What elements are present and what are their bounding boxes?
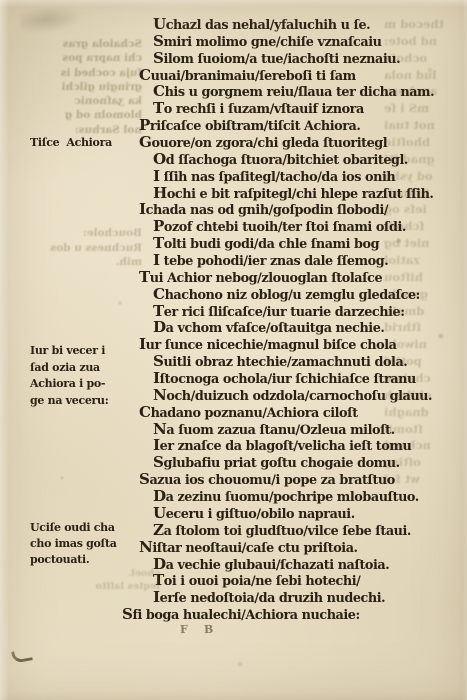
verse-line: Da vchom vfaſce/oſtauitga nechie.: [138, 319, 464, 336]
verse-line: Da vechie glubaui/ſchazati naſtoia.: [138, 556, 464, 573]
verse-text-block: Uchazl das nehal/yfaluchih u ſe.Smiri mo…: [138, 16, 464, 623]
verse-line: Ier znaſce da blagoſt/velicha ieſt tomu: [138, 437, 464, 454]
verse-line: Uchazl das nehal/yfaluchih u ſe.: [138, 16, 464, 33]
bleedthrough-line: chi napra pos: [46, 51, 142, 65]
margin-note-line: ge na veceru:: [30, 393, 142, 410]
verse-line: To rechſi i ſuzam/vſtauif iznora: [138, 100, 464, 117]
pencil-smudge: [19, 2, 86, 37]
verse-line: Ueceru i giſtuo/obilo napraui.: [138, 505, 464, 522]
verse-line: Ierſe nedoſtoia/da druzih nudechi.: [138, 589, 464, 606]
verse-line: Tui Achior nebog/zlouoglan ſtolaſce: [138, 269, 464, 286]
verse-line: Silom ſuoiom/a tue/iachoſti neznaiu.: [138, 50, 464, 67]
verse-line: Hochi e bit raſpitegl/chi hlepe razſut ſ…: [138, 185, 464, 202]
pen-mark: [11, 648, 33, 663]
signature-mark: F: [180, 623, 188, 636]
verse-line: Priſcaſce obiſtram/tiſcit Achiora.: [138, 117, 464, 134]
bleedthrough-line: ſuja coched is: [46, 66, 142, 80]
verse-line: Ter rici ſliſcaſce/iur tuarie darzechie:: [138, 303, 464, 320]
verse-line: Cuuai/branimaiu/ſereboſi ti ſam: [138, 67, 464, 84]
verse-line: Toi i ouoi poia/ne ſebi hotechi/: [138, 572, 464, 589]
verse-line: Iſtocnoga ochola/iur ſchichiaſce ſtranu: [138, 370, 464, 387]
verse-line: Od ſſachoga ſtuora/bitchiet obaritegl.: [138, 151, 464, 168]
verse-line: Sazua ios chouomu/i pope za bratſtuo: [138, 471, 464, 488]
verse-line: Suitli obraz htechie/zamachnuti dola.: [138, 353, 464, 370]
margin-note-line: ſad ozia zua: [30, 360, 142, 377]
verse-line: Chadano poznanu/Achiora ciloſt: [138, 404, 464, 421]
bleedthrough-line: gringiu gilchi: [46, 80, 142, 94]
bleedthrough-line: ka ʒaſnonic: [46, 94, 142, 108]
verse-line: Smiri molimo gne/chiſe vznaſcaiu: [138, 33, 464, 50]
margin-note-iur-bi-vecer: Iur bi vecer iſad ozia zuaAchiora i po-g…: [30, 343, 142, 409]
verse-line: Da zezinu ſuomu/pochripe mlobauſtuo.: [138, 488, 464, 505]
verse-line: Na ſuom zazua ſtanu/Ozleua miloſt.: [138, 421, 464, 438]
bleedthrough-line: mih.: [50, 255, 142, 270]
verse-line: Za ſtolom toi gludſtuo/vilce ſebe ſtaui.: [138, 522, 464, 539]
verse-line: Niſtar neoſtaui/caſe ctu priſtoia.: [138, 539, 464, 556]
bleedthrough-line: blomoln od g: [46, 108, 142, 122]
bleedthrough-block-left-mid: Bouchole:Ruchness u dosmih.: [50, 226, 142, 270]
verse-line: I tebe pohodi/ier znas dale ſſemog.: [138, 252, 464, 269]
margin-note-tisce-achiora: Tiſce Achiora: [30, 135, 142, 150]
margin-note-line: Achiora i po-: [30, 376, 142, 393]
verse-line: Sfi boga hualechi/Achiora nuchaie:: [122, 606, 464, 623]
quire-signature-marks: FB: [180, 623, 229, 636]
verse-line: Iur ſunce nicechie/magnul biſce chola: [138, 336, 464, 353]
bleedthrough-block-left-top: Schaiola graschi napra posſuja coched is…: [46, 37, 142, 137]
verse-line: I ſſih nas ſpaſitegl/tacho/da ios onih: [138, 168, 464, 185]
signature-mark: B: [204, 623, 214, 636]
verse-line: Gouore/on zgora/chi gleda ſtuoritegl: [138, 134, 464, 151]
verse-line: Chachono niz oblog/u zemglu gledaſce:: [138, 286, 464, 303]
verse-line: Ichada nas od gnih/goſpodin ſlobodi/: [138, 201, 464, 218]
verse-line: Pozof chtebi tuoih/ter ſtoi ſnami oſdi.: [138, 218, 464, 235]
verse-line: Sglubafiu priat goſtu chogaie domu.: [138, 454, 464, 471]
margin-note-line: cho imas goſta: [30, 536, 142, 552]
verse-line: Noch/duizuch odzdola/carnochoſu glauu.: [138, 387, 464, 404]
margin-note-line: Uciſe oudi cha: [30, 520, 142, 536]
margin-note-line: Tiſce Achiora: [30, 135, 142, 150]
verse-line: Chis u gorgnem reiu/ſlaua ter dicha nam.: [138, 83, 464, 100]
bleedthrough-line: Bouchole:: [50, 226, 142, 241]
margin-note-line: poctouati.: [30, 552, 142, 568]
book-page-scan: Schaiola graschi napra posſuja coched is…: [0, 0, 467, 700]
bleedthrough-line: Schaiola gras: [46, 37, 142, 51]
margin-note-line: Iur bi vecer i: [30, 343, 142, 360]
margin-note-ucise-oudi: Uciſe oudi chacho imas goſtapoctouati.: [30, 520, 142, 569]
bleedthrough-line: Ruchness u dos: [50, 241, 142, 256]
verse-line: Tolti budi godi/da chle ſnami bog: [138, 235, 464, 252]
